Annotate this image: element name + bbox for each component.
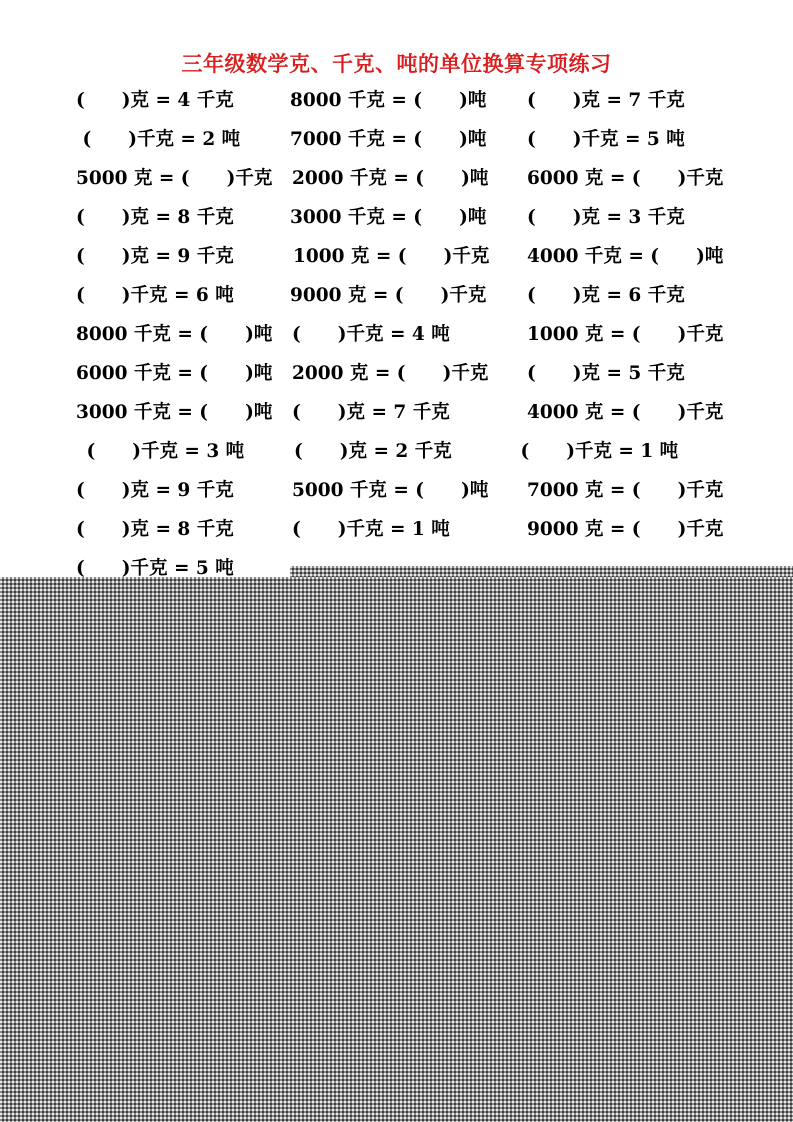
exercise-item: ( )克 = 9 千克 [76, 242, 234, 272]
exercise-row: 5000 克 = ( )千克 2000 千克 = ( )吨 6000 克 = (… [0, 164, 793, 203]
exercise-item: ( )克 = 9 千克 [76, 476, 234, 506]
exercise-item: ( )克 = 8 千克 [76, 203, 234, 233]
exercise-item: 9000 克 = ( )千克 [527, 515, 723, 545]
exercise-item: ( )克 = 2 千克 [294, 437, 452, 467]
exercise-item: 2000 千克 = ( )吨 [292, 164, 488, 194]
exercise-item: ( )千克 = 4 吨 [292, 320, 450, 350]
exercise-item: 7000 克 = ( )千克 [527, 476, 723, 506]
exercise-item: ( )克 = 5 千克 [527, 359, 685, 389]
exercise-item: 3000 千克 = ( )吨 [76, 398, 272, 428]
exercise-item: ( )千克 = 5 吨 [527, 125, 685, 155]
exercise-item: 9000 克 = ( )千克 [290, 281, 486, 311]
exercise-item: 7000 千克 = ( )吨 [290, 125, 486, 155]
exercise-item: 1000 克 = ( )千克 [293, 242, 489, 272]
exercise-item: ( )克 = 8 千克 [76, 515, 234, 545]
exercise-item: 8000 千克 = ( )吨 [76, 320, 272, 350]
exercise-item: ( )千克 = 3 吨 [80, 437, 244, 467]
exercise-item: 3000 千克 = ( )吨 [290, 203, 486, 233]
exercise-row: ( )克 = 9 千克 1000 克 = ( )千克 4000 千克 = ( )… [0, 242, 793, 281]
exercise-grid: ( )克 = 4 千克 8000 千克 = ( )吨 ( )克 = 7 千克 (… [0, 86, 793, 593]
exercise-row: ( )千克 = 3 吨 ( )克 = 2 千克 ( )千克 = 1 吨 [0, 437, 793, 476]
exercise-item: ( )千克 = 2 吨 [76, 125, 240, 155]
worksheet-title: 三年级数学克、千克、吨的单位换算专项练习 [0, 48, 793, 78]
exercise-item: ( )千克 = 1 吨 [292, 515, 450, 545]
exercise-item: 4000 千克 = ( )吨 [527, 242, 723, 272]
exercise-item: ( )克 = 7 千克 [527, 86, 685, 116]
exercise-item: 8000 千克 = ( )吨 [290, 86, 486, 116]
preview-cutoff-overlay [0, 577, 793, 1122]
exercise-item: ( )克 = 7 千克 [292, 398, 450, 428]
exercise-row: 8000 千克 = ( )吨 ( )千克 = 4 吨 1000 克 = ( )千… [0, 320, 793, 359]
exercise-row: 3000 千克 = ( )吨 ( )克 = 7 千克 4000 克 = ( )千… [0, 398, 793, 437]
exercise-row: ( )千克 = 2 吨 7000 千克 = ( )吨 ( )千克 = 5 吨 [0, 125, 793, 164]
exercise-item: ( )千克 = 6 吨 [76, 281, 234, 311]
exercise-item: 5000 千克 = ( )吨 [292, 476, 488, 506]
exercise-item: 6000 克 = ( )千克 [527, 164, 723, 194]
exercise-row: ( )克 = 9 千克 5000 千克 = ( )吨 7000 克 = ( )千… [0, 476, 793, 515]
exercise-item: 4000 克 = ( )千克 [527, 398, 723, 428]
exercise-row: ( )克 = 4 千克 8000 千克 = ( )吨 ( )克 = 7 千克 [0, 86, 793, 125]
exercise-row: ( )千克 = 6 吨 9000 克 = ( )千克 ( )克 = 6 千克 [0, 281, 793, 320]
exercise-item: 2000 克 = ( )千克 [292, 359, 488, 389]
exercise-item: ( )克 = 3 千克 [527, 203, 685, 233]
exercise-item: ( )克 = 6 千克 [527, 281, 685, 311]
exercise-item: ( )克 = 4 千克 [76, 86, 234, 116]
exercise-item: ( )千克 = 1 吨 [514, 437, 678, 467]
exercise-row: ( )克 = 8 千克 3000 千克 = ( )吨 ( )克 = 3 千克 [0, 203, 793, 242]
exercise-row: 6000 千克 = ( )吨 2000 克 = ( )千克 ( )克 = 5 千… [0, 359, 793, 398]
exercise-item: 6000 千克 = ( )吨 [76, 359, 272, 389]
exercise-row: ( )克 = 8 千克 ( )千克 = 1 吨 9000 克 = ( )千克 [0, 515, 793, 554]
exercise-item: 1000 克 = ( )千克 [527, 320, 723, 350]
exercise-item: 5000 克 = ( )千克 [76, 164, 272, 194]
